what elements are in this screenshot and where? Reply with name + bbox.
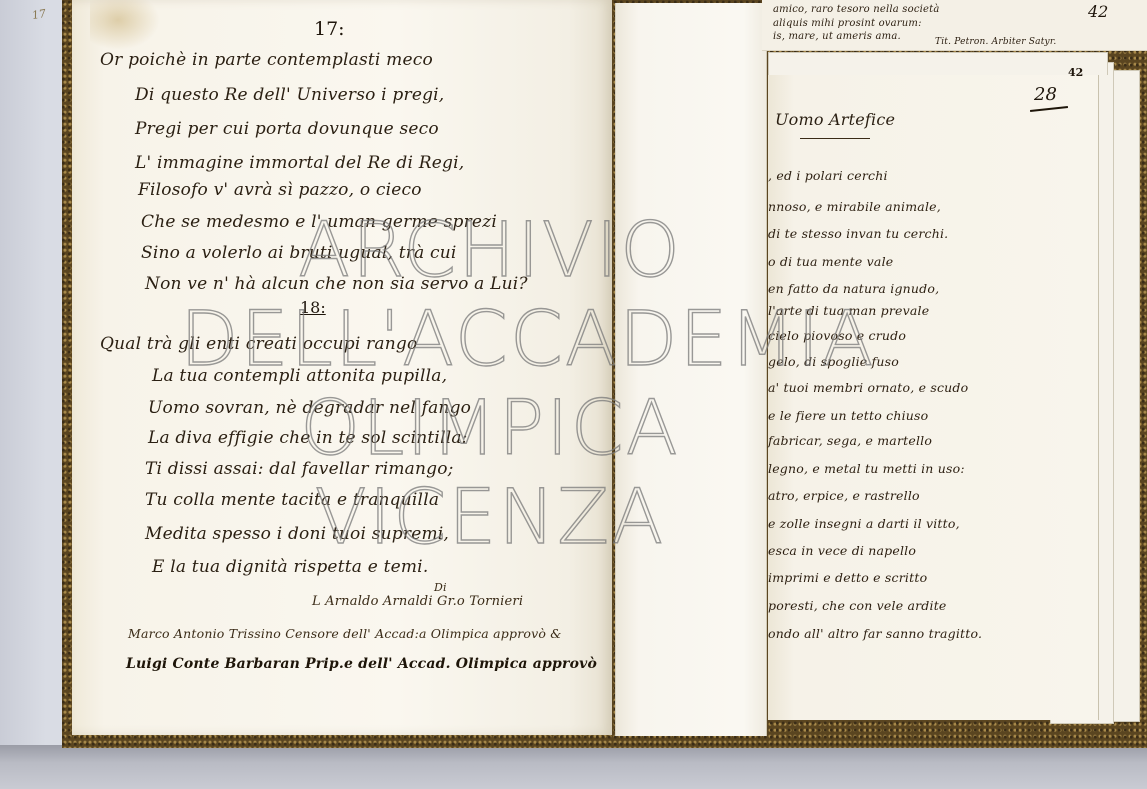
- verse-line: Che se medesmo e l' uman germe sprezi: [141, 212, 497, 232]
- verse-line: di te stesso invan tu cerchi.: [768, 226, 948, 241]
- verse-line: Tu colla mente tacita e tranquilla: [145, 490, 439, 510]
- stacked-sheet: [768, 52, 1108, 75]
- paper-stain: [90, 0, 160, 50]
- verse-line: en fatto da natura ignudo,: [768, 281, 939, 296]
- verse-line: a' tuoi membri ornato, e scudo: [768, 380, 968, 395]
- verse-line: L' immagine immortal del Re di Regi,: [135, 153, 464, 173]
- corner-pencil-note: 17: [31, 7, 47, 22]
- verse-line: La tua contempli attonita pupilla,: [152, 366, 447, 386]
- verse-line: La diva effigie che in te sol scintilla:: [148, 428, 468, 448]
- folio-small: 42: [1068, 66, 1083, 79]
- verse-line: Sino a volerlo ai bruti ugual, trà cui: [141, 243, 457, 263]
- stanza-number: 17:: [314, 18, 345, 40]
- slip-line: amico, raro tesoro nella società: [773, 4, 940, 15]
- verse-line: Or poichè in parte contemplasti meco: [100, 50, 433, 70]
- scanner-background: [0, 745, 1147, 789]
- slip-line: aliquis mihi prosint ovarum:: [773, 18, 922, 29]
- verse-line: Pregi per cui porta dovunque seco: [135, 119, 439, 139]
- verse-line: imprimi e detto e scritto: [768, 570, 927, 585]
- page-title: Uomo Artefice: [775, 110, 895, 129]
- folio-number: 42: [1088, 2, 1108, 21]
- verse-line: poresti, che con vele ardite: [768, 598, 947, 613]
- verse-line: gelo, di spoglie fuso: [768, 354, 899, 369]
- title-underline: [800, 138, 870, 139]
- verse-line: l'arte di tua man prevale: [768, 303, 929, 318]
- blank-leaf: [615, 3, 767, 736]
- verse-line: esca in vece di napello: [768, 543, 916, 558]
- stanza-number: 18:: [300, 298, 326, 317]
- verse-line: cielo piovoso e crudo: [768, 328, 906, 343]
- slip-line: is, mare, ut ameris ama.: [773, 31, 901, 42]
- verse-line: Medita spesso i doni tuoi supremi,: [145, 524, 449, 544]
- signature-trissino: Marco Antonio Trissino Censore dell' Acc…: [128, 626, 562, 641]
- verse-line: fabricar, sega, e martello: [768, 433, 932, 448]
- verse-line: e zolle insegni a darti il vitto,: [768, 516, 960, 531]
- verse-line: Di questo Re dell' Universo i pregi,: [135, 85, 444, 105]
- slip-citation: Tit. Petron. Arbiter Satyr.: [935, 37, 1056, 47]
- page-number: 28: [1034, 84, 1057, 105]
- verse-line: Uomo sovran, nè degradar nel fango: [148, 398, 471, 418]
- verse-line: o di tua mente vale: [768, 254, 893, 269]
- verse-line: E la tua dignità rispetta e temi.: [152, 557, 428, 577]
- verse-line: legno, e metal tu metti in uso:: [768, 461, 965, 476]
- verse-line: nnoso, e mirabile animale,: [768, 199, 941, 214]
- verse-line: e le fiere un tetto chiuso: [768, 408, 928, 423]
- verse-line: ondo all' altro far sanno tragitto.: [768, 626, 982, 641]
- verse-line: , ed i polari cerchi: [768, 168, 888, 183]
- verse-line: atro, erpice, e rastrello: [768, 488, 920, 503]
- signature-tornieri: L Arnaldo Arnaldi Gr.o Tornieri: [312, 594, 523, 609]
- signature-di: Di: [434, 581, 447, 594]
- signature-barbaran: Luigi Conte Barbaran Prip.e dell' Accad.…: [126, 656, 597, 672]
- verse-line: Ti dissi assai: dal favellar rimango;: [145, 459, 454, 479]
- verse-line: Qual trà gli enti creati occupi rango: [100, 334, 417, 354]
- verse-line: Non ve n' hà alcun che non sia servo a L…: [145, 274, 528, 294]
- verse-line: Filosofo v' avrà sì pazzo, o cieco: [138, 180, 422, 200]
